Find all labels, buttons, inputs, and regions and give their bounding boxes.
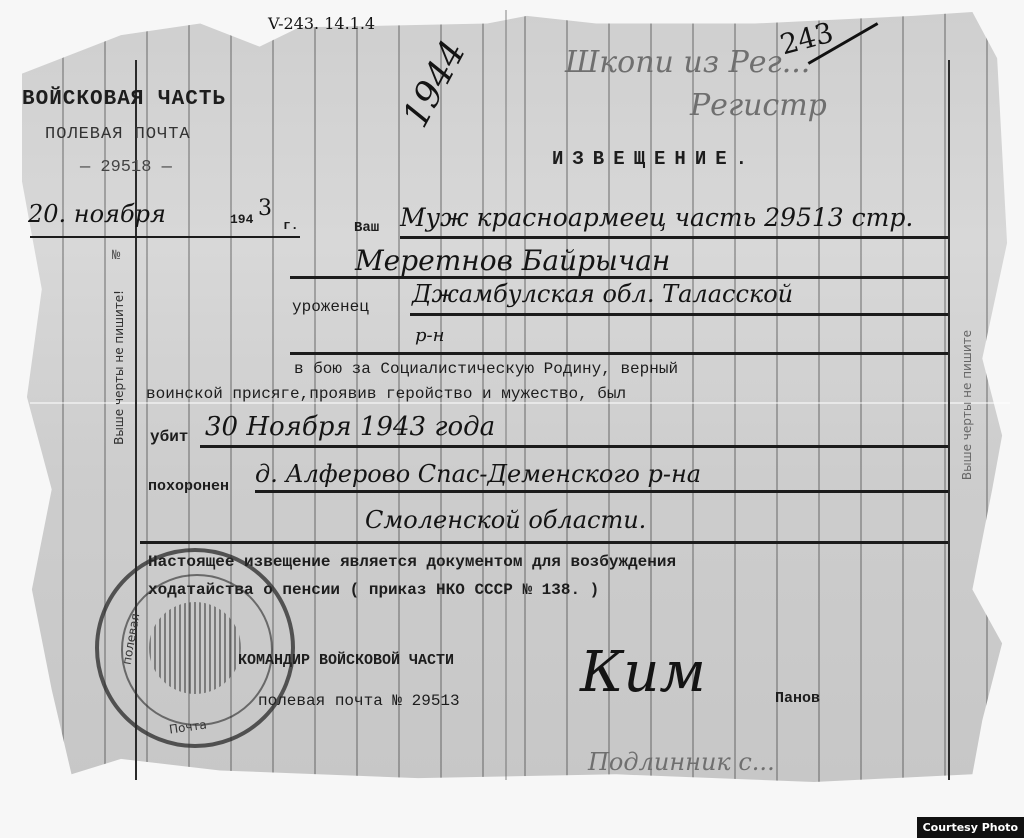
rule-native-2 [290, 352, 948, 355]
date-year-suffix: 3 [258, 196, 272, 221]
native-label: уроженец [292, 298, 369, 316]
buried-label: похоронен [148, 478, 229, 495]
margin-rule-right [948, 60, 950, 780]
bottom-note: Подлинник с... [588, 748, 775, 776]
date-year-end: г. [283, 218, 299, 233]
field-post-line: полевая почта № 29513 [258, 692, 460, 710]
top-scribble: V-243. 14.1.4 [268, 14, 375, 33]
line-oath: воинской присяге,проявив геройство и муж… [146, 385, 626, 403]
your-label: Ваш [354, 220, 379, 236]
archive-note-line2: Регистр [690, 88, 827, 123]
date-day-month: 20. ноября [28, 200, 166, 228]
killed-value: 30 Ноября 1943 года [205, 412, 495, 442]
rule-buried [255, 490, 948, 493]
killed-label: убит [150, 428, 188, 446]
native-value-2: р-н [415, 325, 444, 346]
photo-credit: Courtesy Photo [917, 817, 1024, 838]
right-margin-text: Выше черты не пишите [960, 330, 974, 480]
native-value: Джамбулская обл. Таласской [412, 280, 793, 308]
stamp-emblem-icon [149, 602, 241, 694]
unit-label: ВОЙСКОВАЯ ЧАСТЬ [22, 88, 226, 111]
archive-note-line1: Шкопи из Рег... [565, 45, 810, 80]
line-battle: в бою за Социалистическую Родину, верный [294, 360, 678, 378]
left-margin-text: Выше черты не пишите! [112, 290, 126, 445]
official-stamp: Почта полевая [95, 548, 295, 748]
signature: Ким [580, 640, 706, 705]
rule-date [30, 236, 300, 238]
signer-name: Панов [775, 690, 820, 707]
rule-killed [200, 445, 948, 448]
field-post-label: ПОЛЕВАЯ ПОЧТА [45, 125, 191, 144]
document-title: ИЗВЕЩЕНИЕ. [552, 148, 756, 170]
date-year-prefix: 194 [230, 212, 253, 227]
rule-your [400, 236, 948, 239]
buried-value-2: Смоленской области. [365, 506, 646, 534]
your-value: Муж красноармеец часть 29513 стр. [400, 203, 913, 232]
rule-buried-2 [140, 541, 948, 544]
buried-value: д. Алферово Спас-Деменского р-на [255, 460, 701, 488]
field-post-number: — 29518 — [80, 158, 172, 177]
name-value: Меретнов Байрычан [355, 244, 670, 277]
rule-native [410, 313, 948, 316]
number-label: № [112, 248, 120, 264]
